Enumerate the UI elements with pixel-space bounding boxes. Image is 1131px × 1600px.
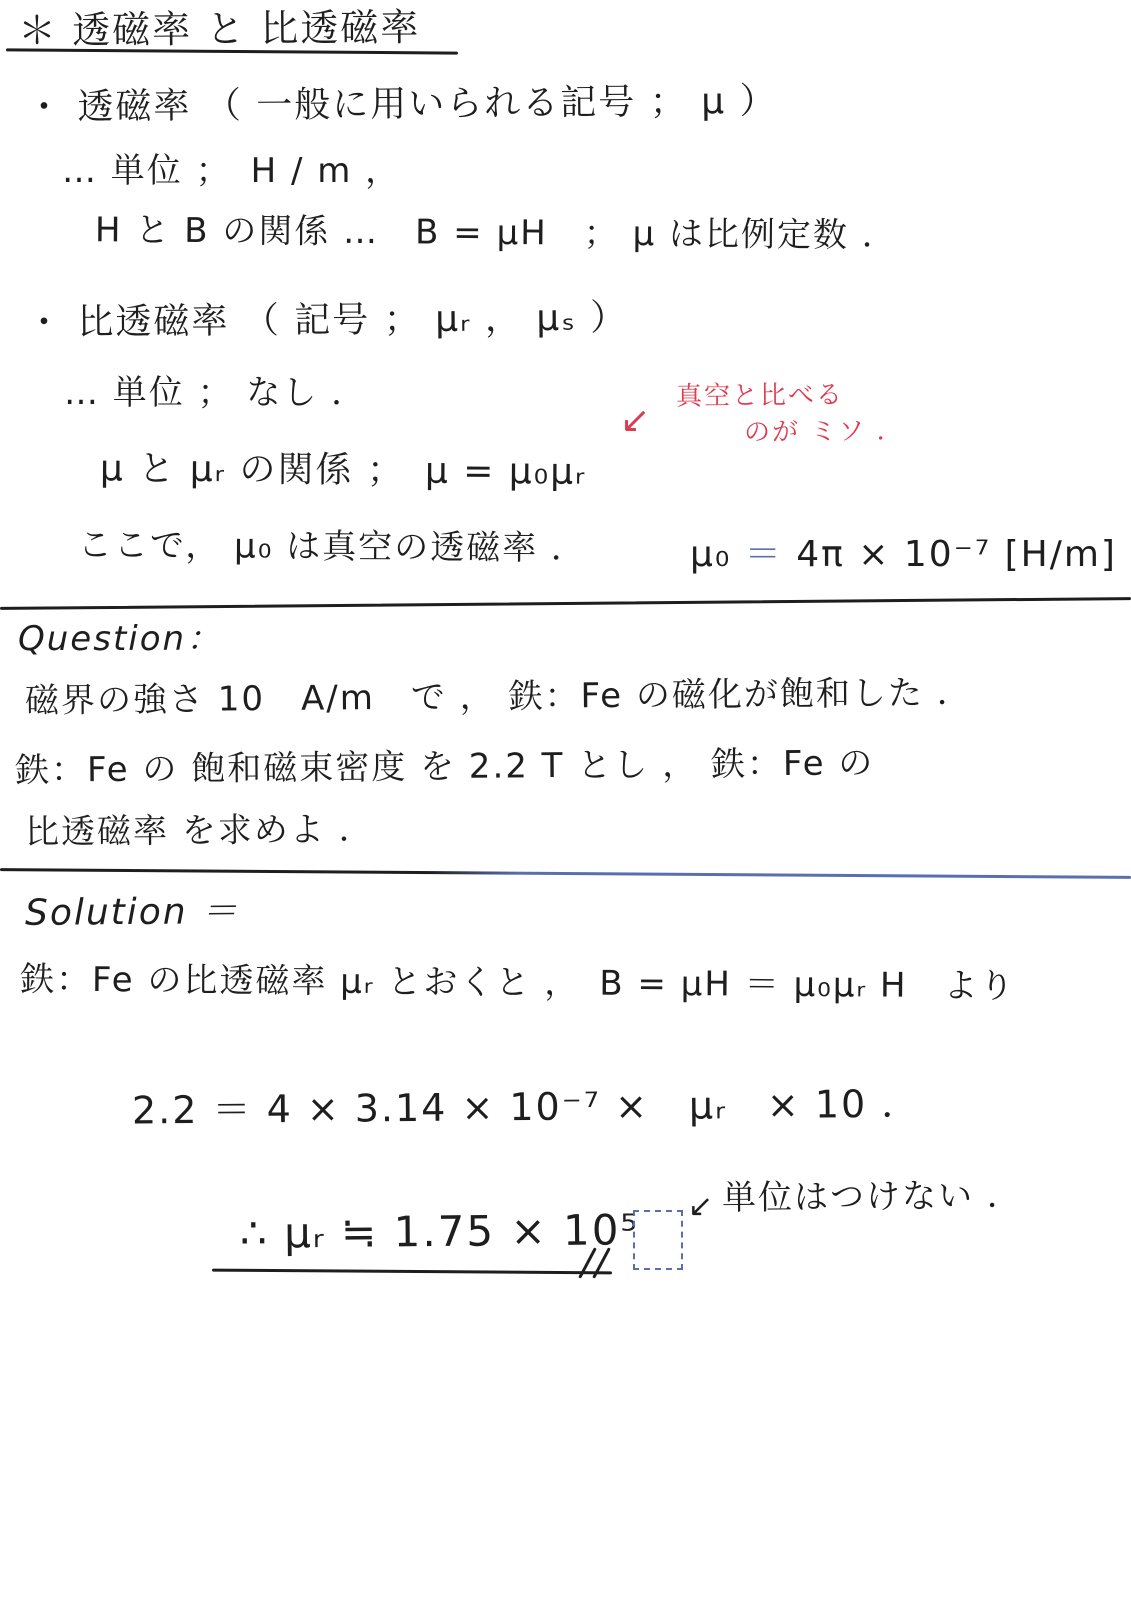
permeability-relation-line: H と B の関係 … B = μH ； μ は比例定数 ．	[95, 211, 898, 256]
permeability-unit-line: … 単位 ； H / m ，	[62, 152, 401, 191]
vacuum-note-line1: 真空と比べる	[676, 381, 844, 412]
answer-underline	[212, 1269, 612, 1275]
vacuum-note-line2: のが ミソ ．	[744, 417, 905, 448]
page-title: ＊ 透磁率 と 比透磁率	[18, 6, 421, 53]
permeability-heading: ・ 透磁率 （ 一般に用いられる記号 ； μ ）	[26, 81, 778, 129]
question-line-1: 磁界の強さ 10 A/m で ， 鉄：Fe の磁化が飽和した ．	[25, 674, 973, 721]
notebook-page: ＊ 透磁率 と 比透磁率 ・ 透磁率 （ 一般に用いられる記号 ； μ ） … …	[0, 0, 1131, 1600]
mu-relation-line: μ と μᵣ の関係 ； μ = μ₀μᵣ	[100, 448, 587, 493]
relative-permeability-heading: ・ 比透磁率 （ 記号 ； μᵣ ， μₛ ）	[26, 297, 628, 344]
solution-divider	[0, 868, 1131, 879]
solution-answer: ∴ μᵣ ≒ 1.75 × 10⁵	[240, 1206, 640, 1258]
question-line-2: 鉄：Fe の 飽和磁束密度 を 2.2 T とし ， 鉄：Fe の	[15, 744, 875, 791]
solution-label: Solution ＝	[25, 891, 239, 934]
relative-permeability-unit-line: … 単位 ； なし ．	[64, 374, 367, 413]
question-line-3: 比透磁率 を求めよ ．	[25, 810, 375, 852]
question-divider	[0, 597, 1131, 610]
arrow-to-box-icon: ↙	[688, 1190, 715, 1225]
arrow-down-left-icon: ↙	[620, 400, 652, 441]
solution-setup-line: 鉄：Fe の比透磁率 μᵣ とおくと ， B = μH ＝ μ₀μᵣ H より	[20, 961, 1016, 1007]
mu0-lhs: μ₀	[690, 534, 731, 575]
mu0-rhs: 4π × 10⁻⁷ [H/m] ．	[796, 534, 1131, 575]
solution-equation: 2.2 ＝ 4 × 3.14 × 10⁻⁷ × μᵣ × 10 ．	[132, 1083, 922, 1134]
mu0-equals: ＝	[745, 534, 783, 575]
mu0-intro: ここで， μ₀ は真空の透磁率 ．	[78, 526, 587, 569]
mu0-value: μ₀ ＝ 4π × 10⁻⁷ [H/m] ．	[690, 534, 1131, 575]
answer-unit-box	[633, 1210, 683, 1270]
unit-note: 単位はつけない ．	[722, 1177, 1023, 1219]
question-label: Question：	[18, 620, 222, 659]
